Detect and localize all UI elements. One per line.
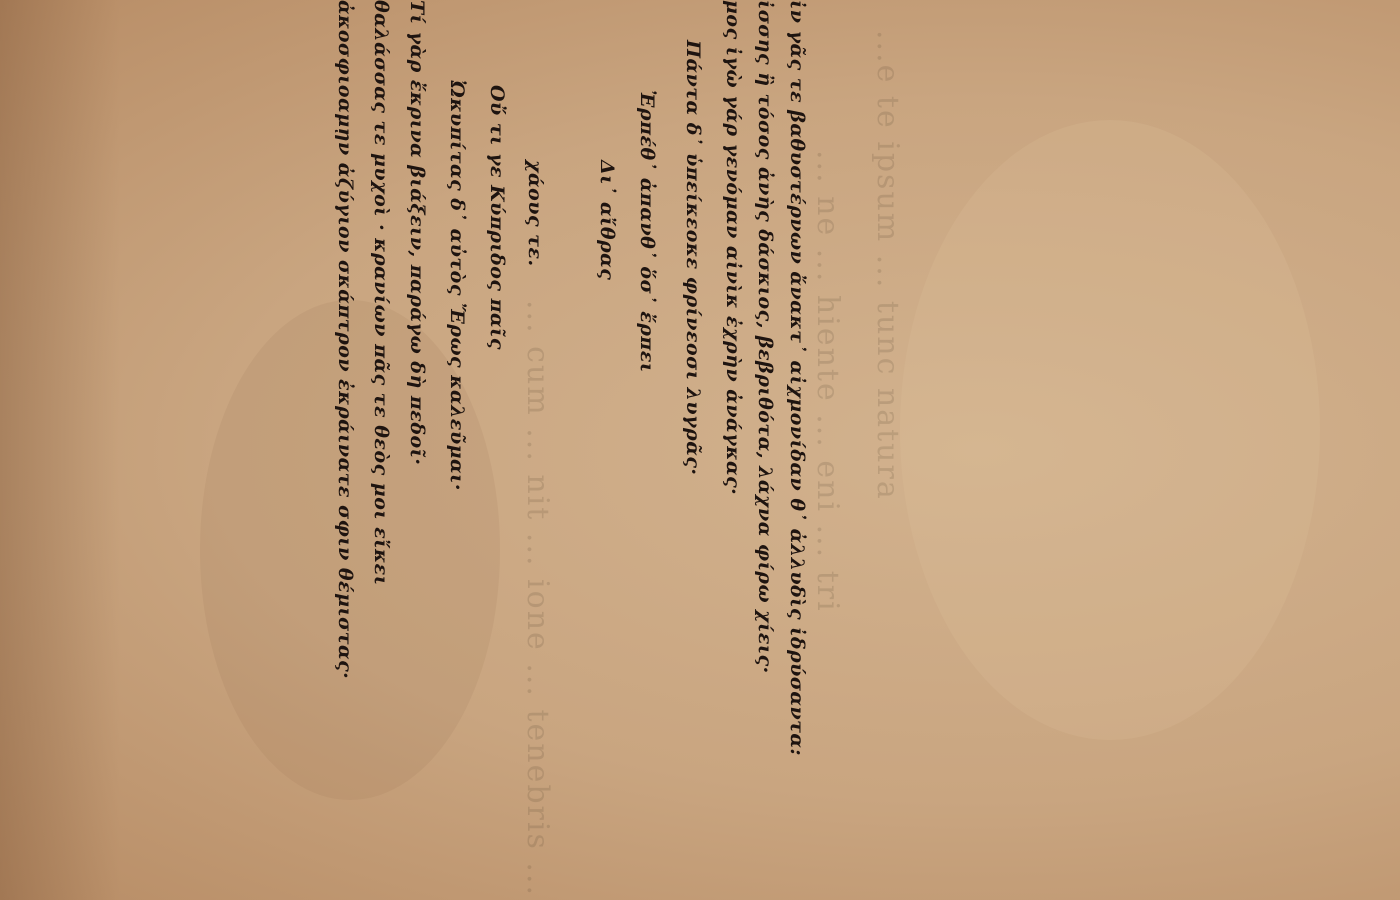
text-line: Δι᾽ αἴθρας <box>596 160 618 280</box>
text-line: μος ἰγὼ γάρ γενόμαν αἰνὶκ ἐχρὴν ἀνάγκας· <box>722 0 744 495</box>
bleed-through-line: ... cum ... nit ... ione ... tenebris ..… <box>520 300 555 897</box>
text-line: Οὔ τι γε Κύπριδος παῖς <box>486 85 508 350</box>
bleed-through-line: ...e te ipsum ... tunc natura <box>870 30 905 501</box>
text-line: θαλάσσας τε μυχοὶ · κρανίων πᾶς τε θεὸς … <box>370 0 392 585</box>
text-line: ἰσσης ἢ τόσος ἀνὴς δάσκιος, βεβριθότα, λ… <box>754 0 776 674</box>
text-line: ἰν γᾶς τε βαθυστέρνων ἄνακτ᾽ αἰχμονίδαν … <box>786 0 808 756</box>
page-edge-shadow <box>0 0 120 900</box>
text-line: Ἐρπέθ᾽ ἀπανθ᾽ ὅσ᾽ ἔρπει <box>636 90 658 373</box>
text-line: ἀκοσφιοαμῃν ἀζύγιον σκάπτρον ἐκράινατε σ… <box>334 0 356 679</box>
text-line: Ὠκυπίτας δ᾽ αὐτὸς Ἔρως καλεῦμαι· <box>446 80 468 491</box>
text-line: Πάντα δ᾽ ὑπείκεοκε φρίνεοσι λυγρᾶς· <box>682 40 704 476</box>
text-line: Τί γὰρ ἔκρινα βιάξειν, παράγω δὴ πεδοῖ· <box>406 0 428 466</box>
text-line: χάους τε. <box>524 160 546 267</box>
bleed-through-line: ... ne ... hiente ... eni ... tri <box>810 150 845 613</box>
paper-stain <box>900 120 1320 740</box>
